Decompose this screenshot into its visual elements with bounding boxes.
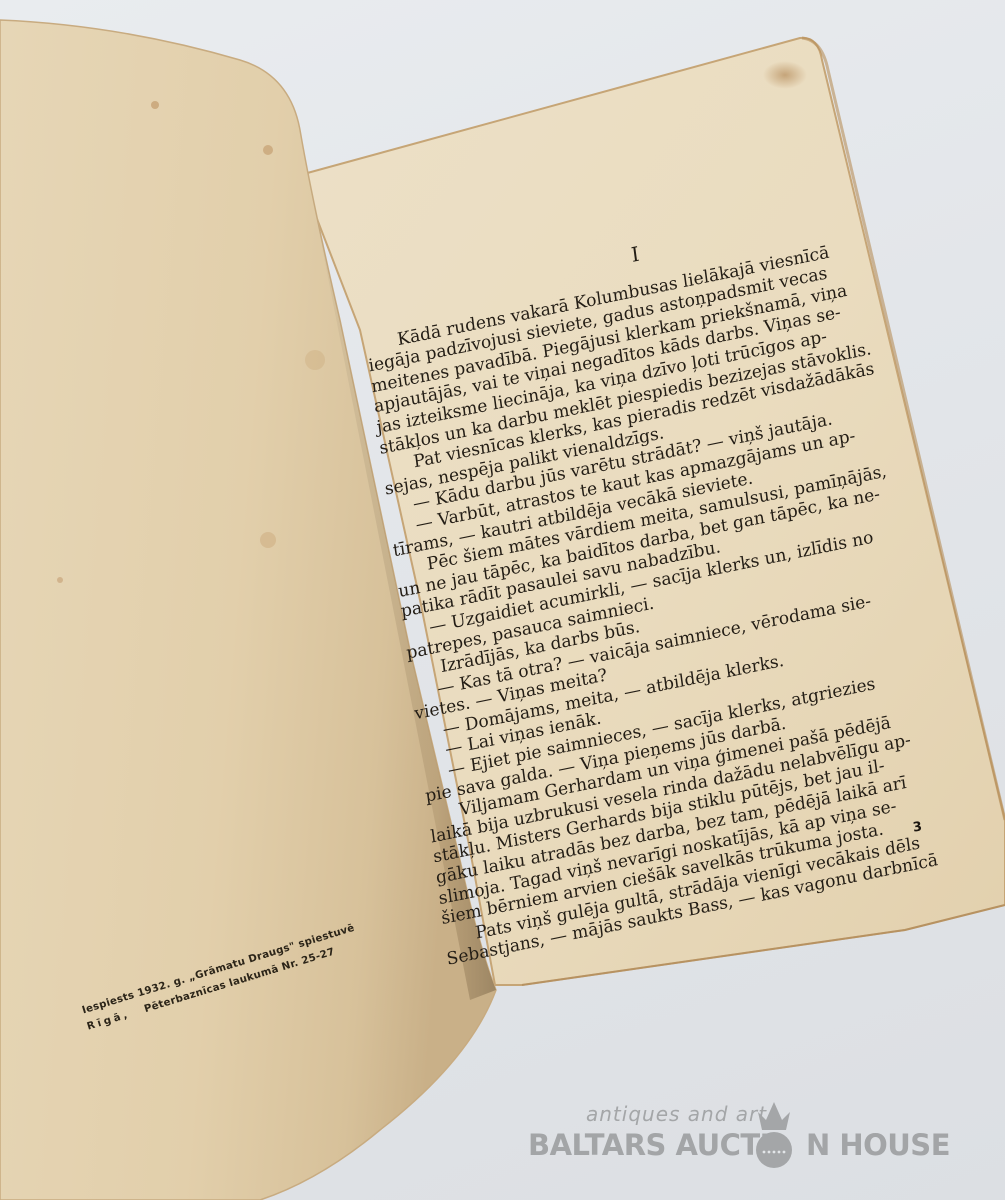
- right-page-body: I Kādā rudens vakarā Kolumbusas lielākaj…: [360, 188, 997, 971]
- watermark-tagline: antiques and art: [586, 1102, 767, 1126]
- crown-orb-icon: [754, 1100, 794, 1176]
- text-lines: Kādā rudens vakarā Kolumbusas lielākajā …: [365, 225, 997, 971]
- watermark-brand-part-2: N HOUSE: [806, 1128, 950, 1162]
- page-number: 3: [912, 819, 923, 835]
- watermark-brand-part-1: BALTARS AUCTI: [528, 1128, 770, 1162]
- watermark-brand: BALTARS AUCTIN HOUSE: [528, 1128, 950, 1162]
- book-photo: I Kādā rudens vakarā Kolumbusas lielākaj…: [0, 0, 1005, 1200]
- auction-house-watermark: antiques and art BALTARS AUCTIN HOUSE: [528, 1100, 928, 1180]
